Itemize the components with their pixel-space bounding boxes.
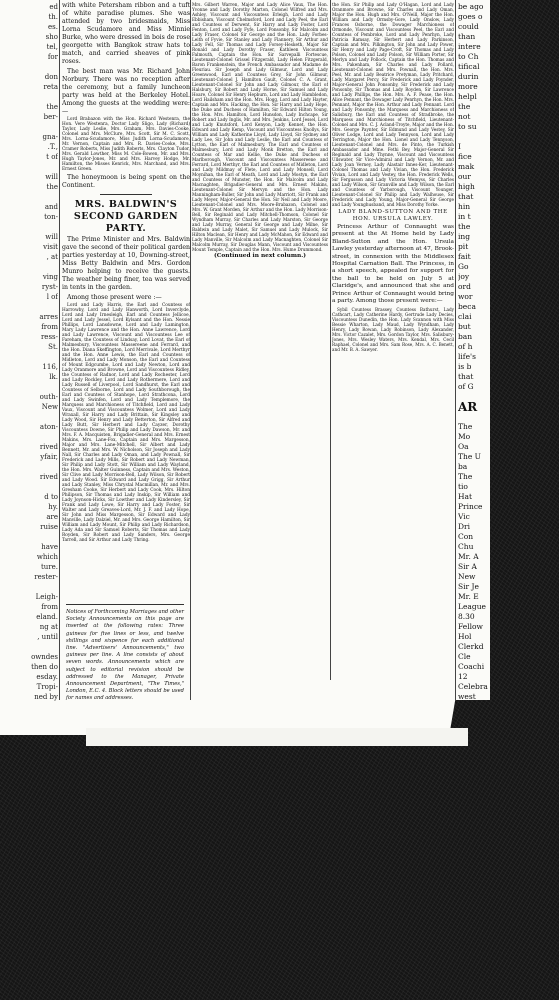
article-subheadline: LADY BLAND-SUTTON AND THE HON. URSULA LA… [332, 209, 454, 223]
text-fragment: Cle [458, 652, 488, 662]
column-1: with white Petersham ribbon and a tuft o… [62, 2, 190, 707]
text-fragment: have [0, 542, 58, 552]
text-fragment: Sir Je [458, 582, 488, 592]
guest-list: the Hon. Sir Philip and Lady O'Hagan, Lo… [332, 2, 454, 207]
text-fragment: AR [458, 402, 488, 412]
text-fragment: arres [0, 312, 58, 322]
text-fragment: Hat [458, 492, 488, 502]
text-fragment: hin [458, 202, 488, 212]
text-fragment [0, 352, 58, 362]
text-fragment: that [458, 372, 488, 382]
text-fragment: Sir A [458, 562, 488, 572]
text-fragment: d to [0, 492, 58, 502]
text-fragment: Leigh- [0, 592, 58, 602]
guest-list: Lord and Lady Harris, the Earl and Count… [62, 303, 190, 543]
text-fragment [0, 92, 58, 102]
article-headline: MRS. BALDWIN'S SECOND GARDEN PARTY. [62, 199, 190, 235]
text-fragment: New [0, 402, 58, 412]
text-fragment: ton- [0, 212, 58, 222]
column-rule [190, 0, 191, 700]
text-fragment: Fellow [458, 622, 488, 632]
text-fragment: more [458, 82, 488, 92]
guest-list: Sybil Countess Brassey, Countess Bathurs… [332, 307, 454, 352]
text-fragment: Hol [458, 632, 488, 642]
text-fragment: but [458, 322, 488, 332]
text-fragment [0, 462, 58, 472]
text-fragment: Mo [458, 432, 488, 442]
text-fragment [0, 192, 58, 202]
text-fragment: lk. [0, 372, 58, 382]
text-fragment: Clerkd [458, 642, 488, 652]
text-fragment: es. [0, 22, 58, 32]
text-fragment: tel, [0, 42, 58, 52]
text-fragment: ned by [0, 692, 58, 702]
text-fragment: high [458, 182, 488, 192]
text-fragment: reta [0, 82, 58, 92]
text-fragment: in t [458, 212, 488, 222]
text-fragment: ber- [0, 112, 58, 122]
text-fragment: pit [458, 242, 488, 252]
text-fragment: from [0, 602, 58, 612]
text-fragment: New [458, 572, 488, 582]
text-fragment: t of [0, 152, 58, 162]
text-fragment: ving [0, 272, 58, 282]
text-fragment: will [0, 172, 58, 182]
text-fragment: life's [458, 352, 488, 362]
text-fragment: our [458, 172, 488, 182]
text-fragment [0, 432, 58, 442]
text-fragment: helpl [458, 92, 488, 102]
text-fragment: visit [0, 242, 58, 252]
text-fragment: , at [0, 252, 58, 262]
text-fragment: will [0, 232, 58, 242]
text-fragment: west [458, 692, 488, 702]
text-fragment: ryst- [0, 282, 58, 292]
text-fragment: eland. [0, 612, 58, 622]
wedding-guest-list: Lord Brabazon with the Hon. Richard West… [62, 117, 190, 172]
text-fragment: be ago [458, 2, 488, 12]
text-fragment: aton- [0, 422, 58, 432]
text-fragment: of G [458, 382, 488, 392]
text-fragment: for [0, 52, 58, 62]
text-fragment: owndes [0, 652, 58, 662]
text-fragment: th. [0, 12, 58, 22]
text-fragment: fait [458, 252, 488, 262]
text-fragment: beca [458, 302, 488, 312]
text-fragment: yfair, [0, 452, 58, 462]
text-fragment: I [458, 142, 488, 152]
text-fragment: intere [458, 42, 488, 52]
text-fragment: ture. [0, 562, 58, 572]
text-fragment: 12 [458, 672, 488, 682]
text-fragment: than [458, 32, 488, 42]
text-fragment: Mr. E [458, 592, 488, 602]
left-column-fragments: edth.es.shotel,for donreta theber- gna-.… [0, 2, 58, 702]
text-fragment [0, 62, 58, 72]
text-fragment: is b [458, 362, 488, 372]
text-fragment: The [458, 422, 488, 432]
text-fragment: which [0, 552, 58, 562]
text-fragment [0, 262, 58, 272]
text-fragment: Con [458, 532, 488, 542]
text-fragment: 8.30 [458, 612, 488, 622]
text-fragment: the [458, 222, 488, 232]
text-fragment: the [0, 102, 58, 112]
text-fragment: and [0, 202, 58, 212]
text-fragment: l of [0, 292, 58, 302]
column-rule [330, 0, 331, 680]
honeymoon-note: The honeymoon is being spent on the Cont… [62, 174, 190, 190]
text-fragment: .T., [0, 142, 58, 152]
text-fragment: Mr. A [458, 552, 488, 562]
text-fragment: of h [458, 342, 488, 352]
text-fragment: the [458, 102, 488, 112]
text-fragment: joy [458, 272, 488, 282]
text-fragment [458, 132, 488, 142]
text-fragment: rester- [0, 572, 58, 582]
text-fragment: Prince [458, 502, 488, 512]
text-fragment: don [0, 72, 58, 82]
text-fragment: ed [0, 2, 58, 12]
text-fragment: are [0, 512, 58, 522]
text-fragment [0, 532, 58, 542]
text-fragment: ng at [0, 622, 58, 632]
announcement-rates-notice: Notices of Forthcoming Marriages and oth… [66, 604, 184, 703]
guest-intro: Among those present were :— [62, 294, 190, 302]
text-fragment: Dri [458, 522, 488, 532]
text-fragment: esday. [0, 672, 58, 682]
text-fragment: , until [0, 632, 58, 642]
text-fragment: ban [458, 332, 488, 342]
text-fragment: sho [0, 32, 58, 42]
text-fragment: Vic [458, 512, 488, 522]
page-fold-strip [86, 728, 468, 746]
text-fragment [0, 122, 58, 132]
text-fragment: Coachi [458, 662, 488, 672]
text-fragment: Oa [458, 442, 488, 452]
text-fragment: to su [458, 122, 488, 132]
text-fragment: wor [458, 292, 488, 302]
text-fragment [0, 222, 58, 232]
text-fragment: ba [458, 462, 488, 472]
wedding-paragraph: The best man was Mr. Richard John Norbur… [62, 68, 190, 116]
guest-list: Mrs. Gilbert Warren, Major and Lady Alic… [192, 2, 328, 252]
text-fragment: then do [0, 662, 58, 672]
text-fragment [0, 642, 58, 652]
text-fragment: League [458, 602, 488, 612]
text-fragment: Celebra [458, 682, 488, 692]
column-rule [455, 0, 456, 700]
text-fragment: the [0, 182, 58, 192]
text-fragment: gna- [0, 132, 58, 142]
continued-note: (Continued in next column.) [192, 254, 328, 259]
text-fragment: The U [458, 452, 488, 462]
text-fragment: ing [458, 232, 488, 242]
text-fragment: Tropi- [0, 682, 58, 692]
text-fragment: to Ch [458, 52, 488, 62]
text-fragment: not [458, 112, 488, 122]
text-fragment: tifical [458, 62, 488, 72]
text-fragment: outh- [0, 392, 58, 402]
text-fragment: The [458, 472, 488, 482]
text-fragment: St. [0, 342, 58, 352]
article-lead: Princess Arthur of Connaught was present… [332, 224, 454, 305]
text-fragment [0, 302, 58, 312]
text-fragment: Go [458, 262, 488, 272]
text-fragment: ruise [0, 522, 58, 532]
text-fragment [0, 412, 58, 422]
wedding-paragraph: with white Petersham ribbon and a tuft o… [62, 2, 190, 66]
text-fragment [0, 582, 58, 592]
text-fragment: goes o [458, 12, 488, 22]
text-fragment: Chu [458, 542, 488, 552]
text-fragment: fice [458, 152, 488, 162]
text-fragment: durin [458, 72, 488, 82]
column-3: the Hon. Sir Philip and Lady O'Hagan, Lo… [332, 2, 454, 682]
text-fragment: hy. [0, 502, 58, 512]
text-fragment: clai [458, 312, 488, 322]
text-fragment [0, 382, 58, 392]
text-fragment: ord [458, 282, 488, 292]
text-fragment: could [458, 22, 488, 32]
text-fragment [0, 162, 58, 172]
section-divider [100, 194, 151, 195]
text-fragment: that [458, 192, 488, 202]
text-fragment: rived [0, 472, 58, 482]
text-fragment: 116, [0, 362, 58, 372]
text-fragment: tio [458, 482, 488, 492]
article-lead: The Prime Minister and Mrs. Baldwin gave… [62, 236, 190, 292]
column-rule [59, 0, 60, 700]
text-fragment: mak [458, 162, 488, 172]
text-fragment: from [0, 322, 58, 332]
column-2: Mrs. Gilbert Warren, Major and Lady Alic… [192, 2, 328, 662]
column-4-fragments: be agogoes ocouldthanintereto Chtificald… [458, 2, 488, 702]
text-fragment: ress- [0, 332, 58, 342]
text-fragment [0, 482, 58, 492]
text-fragment: rived [0, 442, 58, 452]
